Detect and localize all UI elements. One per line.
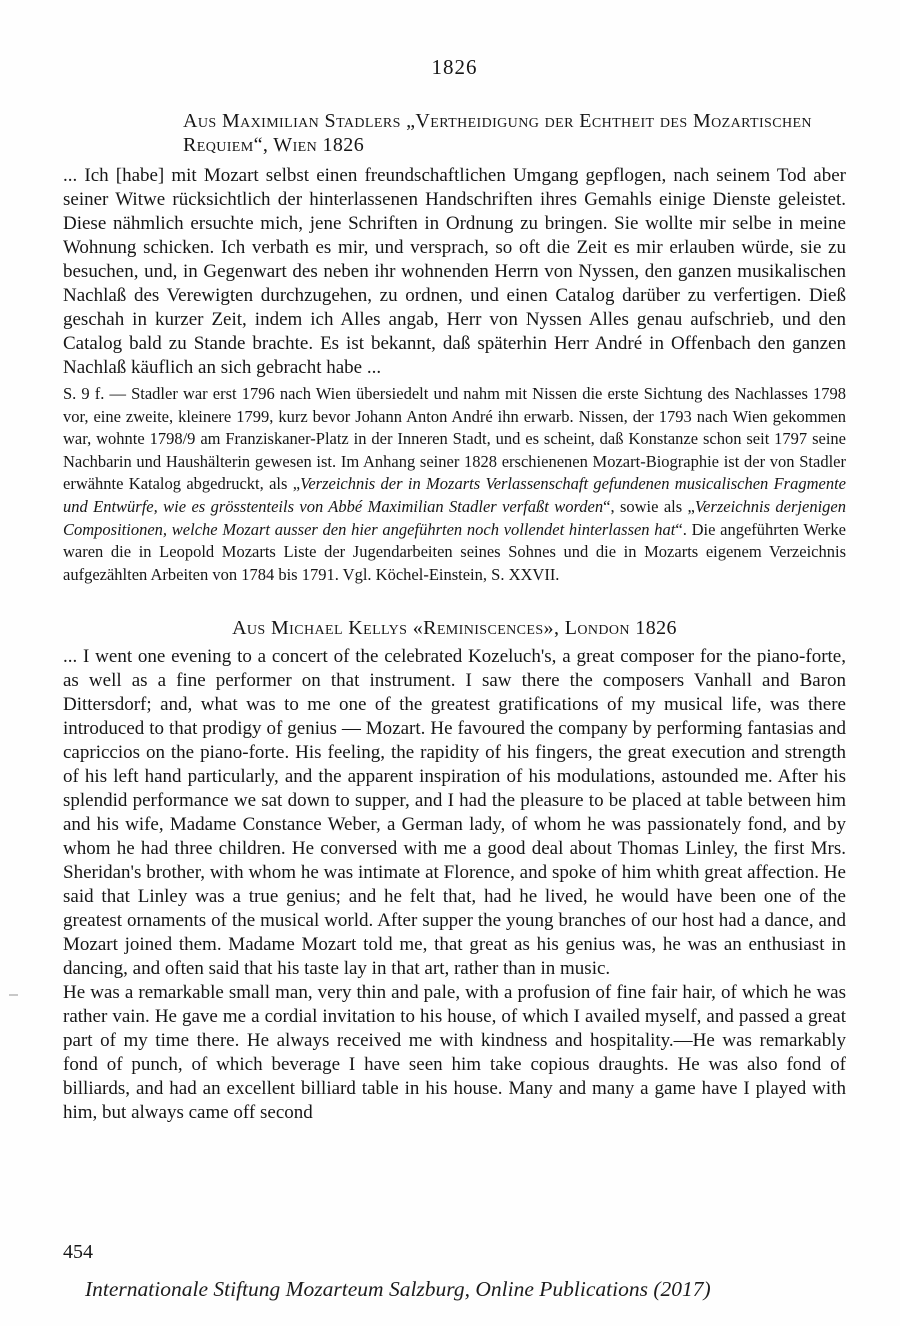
page-number: 454 [63,1240,93,1264]
kelly-excerpt-paragraph-2: He was a remarkable small man, very thin… [63,981,846,1125]
kelly-excerpt-paragraph-1: ... I went one evening to a concert of t… [63,645,846,981]
footer-attribution: Internationale Stiftung Mozarteum Salzbu… [85,1276,711,1302]
scan-artifact-mark [9,994,18,996]
stadler-excerpt-body: ... Ich [habe] mit Mozart selbst einen f… [63,164,846,380]
scanned-book-page: 1826 Aus Maximilian Stadlers „Vertheidig… [0,0,900,1326]
page-content: 1826 Aus Maximilian Stadlers „Vertheidig… [63,0,846,1125]
stadler-excerpt-heading: Aus Maximilian Stadlers „Vertheidigung d… [183,109,846,157]
year-header: 1826 [63,55,846,79]
footnote-segment: “, sowie als „ [603,497,695,516]
kelly-excerpt-heading: Aus Michael Kellys «Reminiscences», Lond… [63,616,846,640]
footnote: S. 9 f. — Stadler war erst 1796 nach Wie… [63,383,846,586]
